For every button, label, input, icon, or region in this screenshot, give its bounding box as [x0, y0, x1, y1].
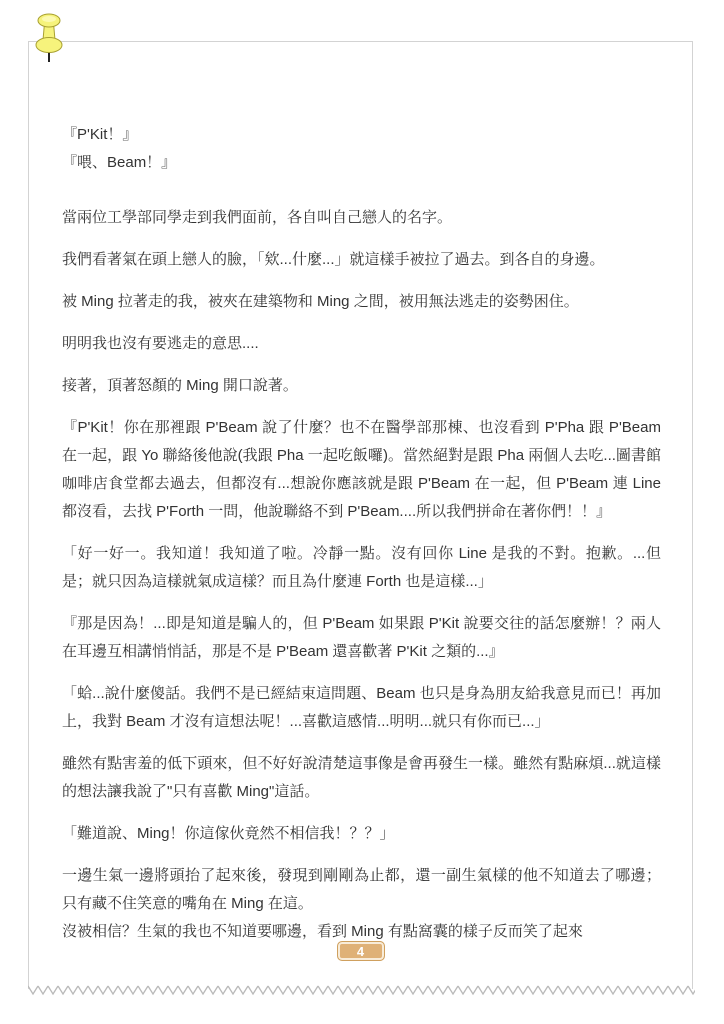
- paragraph: 『那是因為！...即是知道是騙人的，但 P'Beam 如果跟 P'Kit 說要交…: [62, 610, 661, 666]
- paragraph: 當兩位工學部同學走到我們面前，各自叫自己戀人的名字。: [62, 204, 661, 232]
- paragraph: 被 Ming 拉著走的我，被夾在建築物和 Ming 之間，被用無法逃走的姿勢困住…: [62, 288, 661, 316]
- pushpin-base: [36, 38, 62, 53]
- paragraph: 接著，頂著怒顏的 Ming 開口說著。: [62, 372, 661, 400]
- pushpin-highlight: [42, 16, 56, 22]
- paragraph: 一邊生氣一邊將頭抬了起來後，發現到剛剛為止都，還一副生氣樣的他不知道去了哪邊；只…: [62, 862, 661, 946]
- screenshot-canvas: 『P'Kit！』 『喂、Beam！』當兩位工學部同學走到我們面前，各自叫自己戀人…: [0, 0, 724, 1024]
- page-number-badge: 4: [337, 941, 385, 961]
- paragraph: 『P'Kit！你在那裡跟 P'Beam 說了什麼？也不在醫學部那棟、也沒看到 P…: [62, 414, 661, 526]
- paragraph: 我們看著氣在頭上戀人的臉，「欸...什麼...」就這樣手被拉了過去。到各自的身邊…: [62, 246, 661, 274]
- document-body: 『P'Kit！』 『喂、Beam！』當兩位工學部同學走到我們面前，各自叫自己戀人…: [29, 42, 692, 946]
- paragraph: 「好一好一。我知道！我知道了啦。冷靜一點。沒有回你 Line 是我的不對。抱歉。…: [62, 540, 661, 596]
- paragraph: 雖然有點害羞的低下頭來，但不好好說清楚這事像是會再發生一樣。雖然有點麻煩...就…: [62, 750, 661, 806]
- torn-edge-zigzag: [28, 983, 695, 997]
- paragraph: 「難道說、Ming！你這傢伙竟然不相信我！？？」: [62, 820, 661, 848]
- paragraph: 明明我也沒有要逃走的意思....: [62, 330, 661, 358]
- pushpin-icon: [32, 12, 66, 66]
- paragraph: 「蛤...說什麼傻話。我們不是已經結束這問題、Beam 也只是身為朋友給我意見而…: [62, 680, 661, 736]
- paragraph: 『P'Kit！』 『喂、Beam！』: [62, 121, 661, 177]
- document-page: 『P'Kit！』 『喂、Beam！』當兩位工學部同學走到我們面前，各自叫自己戀人…: [28, 41, 693, 989]
